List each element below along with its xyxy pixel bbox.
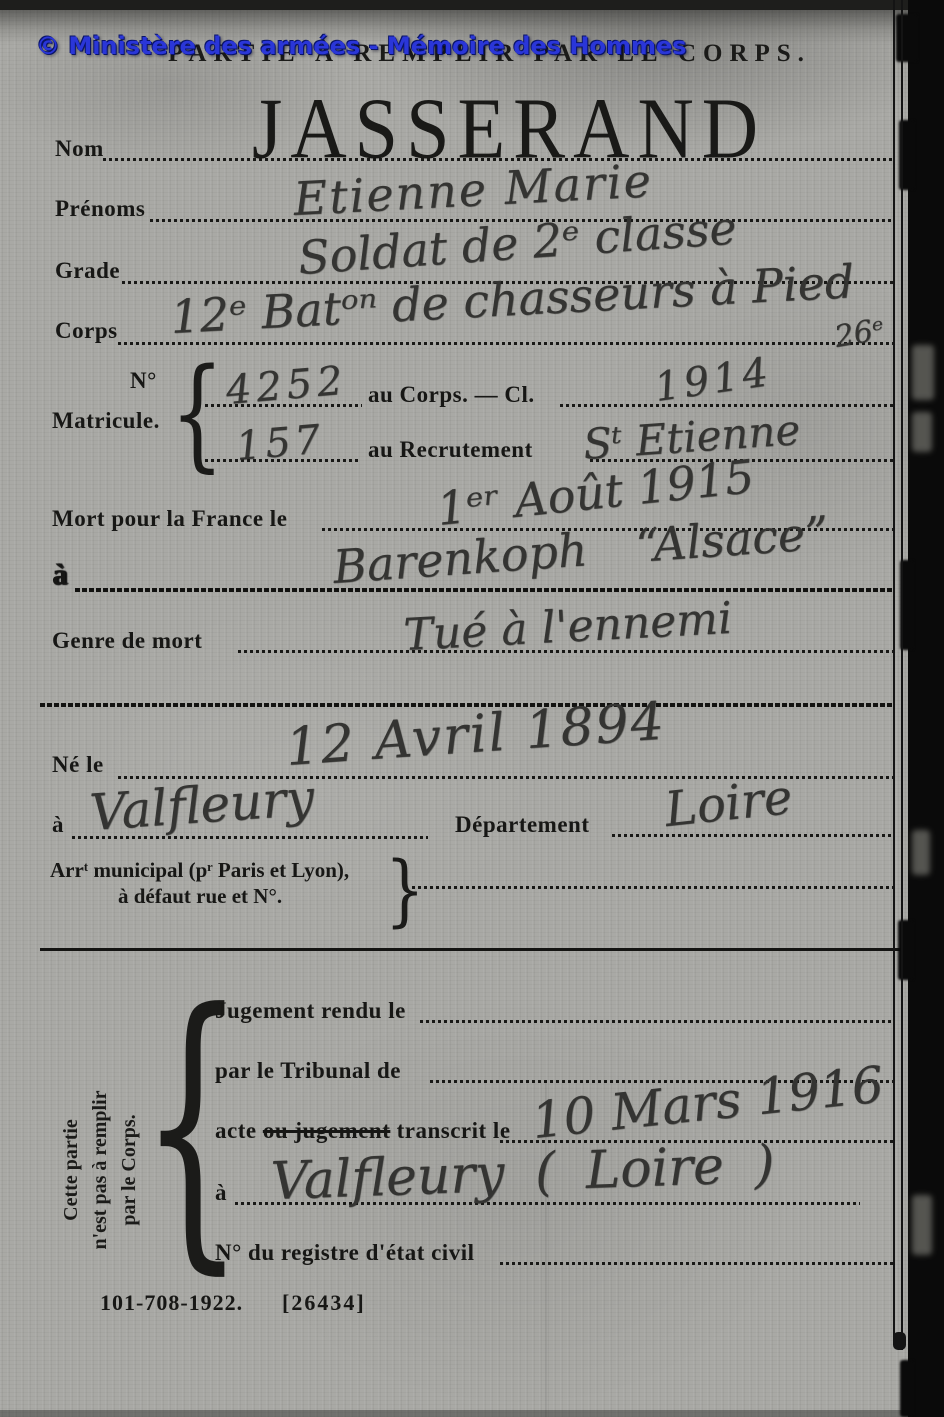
dotted-line-corps [118,342,895,345]
dotted-line-arrondissement [412,886,893,889]
scan-tear [896,14,918,62]
field-label-prenoms: Prénoms [55,196,145,222]
field-label-nom: Nom [55,136,104,162]
field-label-matricule: Matricule. [52,408,160,434]
dotted-line-registre [500,1262,893,1265]
dotted-line-classe [560,404,893,407]
field-label-matricule-no: N° [130,368,157,394]
field-label-departement: Département [455,812,590,838]
field-label-transcrit: acte ou jugement transcrit le [215,1118,511,1144]
field-label-mort-le: Mort pour la France le [52,506,287,532]
page-edge-rule-end [893,1332,906,1350]
scan-smudge [912,1195,932,1255]
matricule-brace: { [170,352,224,474]
scan-bottom-edge [0,1410,944,1417]
page-edge-rule [893,0,895,1345]
transcrit-suffix: transcrit le [397,1118,511,1143]
field-label-transcrit-a: à [215,1180,227,1206]
side-note-line: Cette partie [57,1040,86,1300]
field-label-au-corps: au Corps. — Cl. [368,382,535,408]
field-label-ne-le: Né le [52,752,104,778]
scan-smudge [912,830,930,875]
field-label-ne-a: à [52,812,64,838]
field-label-jugement: Jugement rendu le [215,998,406,1024]
transcrit-prefix: acte [215,1118,257,1143]
scan-top-edge [0,0,944,10]
scan-smudge [912,345,934,400]
watermark-text: © Ministère des armées - Mémoire des Hom… [36,32,687,60]
dotted-line-mort-a [75,588,893,592]
transcrit-struck-words: ou jugement [263,1118,391,1143]
field-label-registre: N° du registre d'état civil [215,1240,474,1266]
side-note-line: n'est pas à remplir [86,1040,115,1300]
field-label-au-recrutement: au Recrutement [368,437,533,463]
scan-smudge [912,412,932,452]
arrondissement-brace: } [385,852,425,930]
dotted-line-jugement [420,1020,893,1023]
dotted-line-departement [612,834,893,837]
field-label-grade: Grade [55,258,120,284]
field-label-corps: Corps [55,318,118,344]
field-label-tribunal: par le Tribunal de [215,1058,401,1084]
handwritten-recrutement-number: 157 [234,416,326,470]
field-label-arrondissement-2: à défaut rue et N°. [118,884,282,909]
scan-tear [900,1360,914,1417]
form-print-number: [26434] [282,1290,366,1316]
form-reference-number: 101-708-1922. [100,1290,243,1316]
field-label-arrondissement-1: Arrᵗ municipal (pʳ Paris et Lyon), [50,858,349,883]
field-label-mort-a: à [52,558,68,592]
field-label-genre-mort: Genre de mort [52,628,202,654]
page-edge-rule [901,0,903,1350]
